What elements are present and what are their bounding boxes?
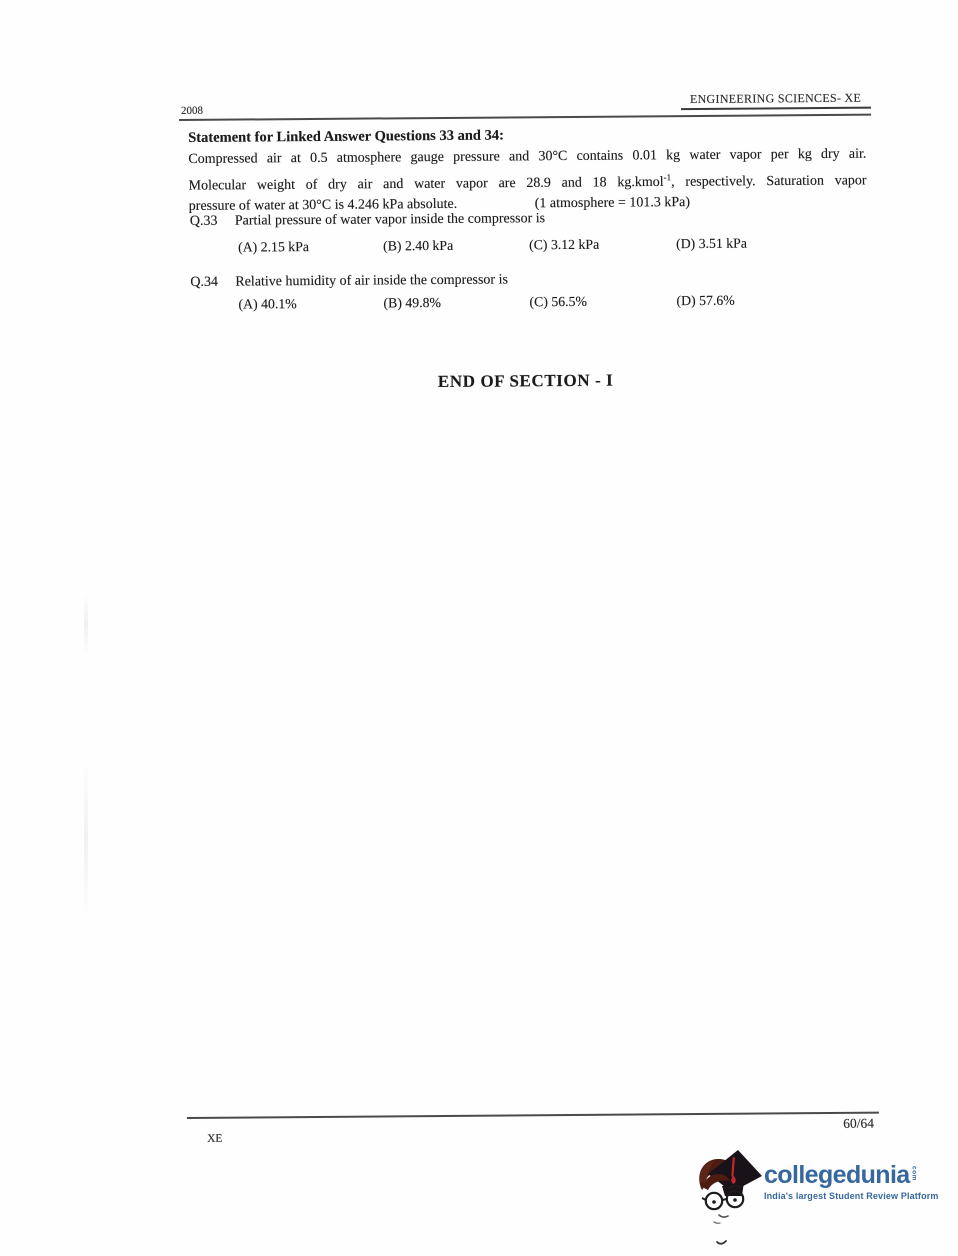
superscript-exponent: -1	[664, 172, 672, 182]
question-33-options: (A) 2.15 kPa (B) 2.40 kPa (C) 3.12 kPa (…	[189, 235, 879, 258]
logo-brand-line: collegedunia com	[764, 1162, 939, 1188]
q34-option-d: (D) 57.6%	[676, 293, 734, 309]
paper-title: ENGINEERING SCIENCES- XE	[690, 91, 861, 107]
linked-statement-block: Statement for Linked Answer Questions 33…	[188, 125, 867, 218]
logo-tld-text: com	[911, 1166, 918, 1181]
question-34-text: Relative humidity of air inside the comp…	[235, 272, 508, 289]
statement-line-3-text: pressure of water at 30°C is 4.246 kPa a…	[189, 197, 458, 214]
q33-option-d: (D) 3.51 kPa	[676, 236, 747, 253]
logo-brand-text: collegedunia	[764, 1162, 910, 1188]
q33-option-b: (B) 2.40 kPa	[383, 238, 453, 255]
logo-tagline: India's largest Student Review Platform	[764, 1191, 939, 1201]
question-34-number: Q.34	[190, 275, 235, 291]
statement-line-2-text: Molecular weight of dry air and water va…	[189, 174, 664, 193]
document-content: ENGINEERING SCIENCES- XE 2008 Statement …	[0, 0, 958, 1256]
question-34: Q.34Relative humidity of air inside the …	[190, 270, 870, 291]
end-of-section-text: END OF SECTION - I	[183, 369, 868, 394]
title-underline	[681, 107, 871, 110]
statement-line-2-tail: , respectively. Saturation vapor	[671, 173, 867, 190]
question-33-number: Q.33	[190, 214, 235, 230]
paper-code: XE	[207, 1133, 222, 1145]
header-rule	[179, 114, 871, 121]
graduate-mascot-icon	[692, 1148, 764, 1250]
question-34-options: (A) 40.1% (B) 49.8% (C) 56.5% (D) 57.6%	[189, 292, 879, 315]
q33-option-a: (A) 2.15 kPa	[238, 239, 309, 256]
scanned-exam-page: ENGINEERING SCIENCES- XE 2008 Statement …	[0, 0, 958, 1256]
page-number: 60/64	[774, 1116, 874, 1133]
exam-year: 2008	[181, 105, 203, 117]
statement-heading: Statement for Linked Answer Questions 33…	[188, 125, 866, 147]
q34-option-b: (B) 49.8%	[383, 295, 441, 311]
q34-option-a: (A) 40.1%	[238, 296, 296, 312]
logo-text-block: collegedunia com India's largest Student…	[764, 1148, 939, 1201]
collegedunia-logo[interactable]: collegedunia com India's largest Student…	[692, 1148, 932, 1253]
q33-option-c: (C) 3.12 kPa	[529, 237, 599, 254]
question-33-text: Partial pressure of water vapor inside t…	[235, 211, 545, 228]
q34-option-c: (C) 56.5%	[529, 294, 587, 310]
